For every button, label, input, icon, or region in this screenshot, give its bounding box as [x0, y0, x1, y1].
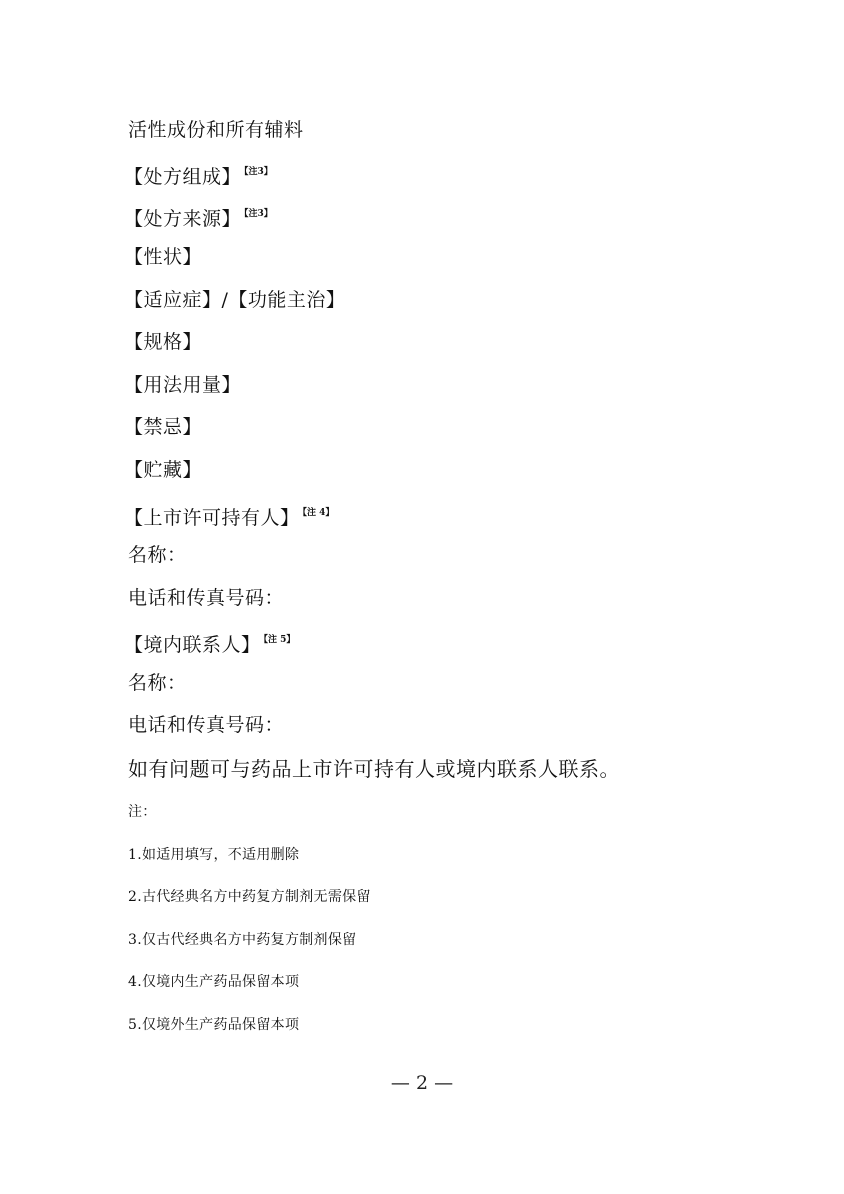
holder-name-field: 名称：	[128, 543, 187, 567]
line-text: 活性成份和所有辅料	[128, 119, 304, 141]
line-text: 电话和传真号码：	[128, 587, 284, 609]
line-text: 【贮藏】	[124, 459, 202, 481]
line-text: 【上市许可持有人】	[124, 507, 300, 529]
section-specification: 【规格】	[124, 330, 202, 354]
section-contraindications: 【禁忌】	[124, 415, 202, 439]
contact-phone-fax-field: 电话和传真号码：	[128, 713, 284, 737]
note-item-5: 5.仅境外生产药品保留本项	[128, 1016, 299, 1034]
note-item-1: 1.如适用填写，不适用删除	[128, 846, 299, 864]
section-marketing-authorization-holder: 【上市许可持有人】【注 4】	[124, 501, 334, 530]
section-domestic-contact: 【境内联系人】【注 5】	[124, 628, 295, 657]
line-text: 【用法用量】	[124, 374, 241, 396]
footnote-ref: 【注3】	[244, 167, 273, 177]
holder-phone-fax-field: 电话和传真号码：	[128, 586, 284, 610]
section-prescription-source: 【处方来源】【注3】	[124, 202, 273, 231]
section-storage: 【贮藏】	[124, 458, 202, 482]
line-text: 【禁忌】	[124, 416, 202, 438]
section-usage-dosage: 【用法用量】	[124, 373, 241, 397]
line-text: 【处方来源】	[124, 208, 241, 230]
note-item-4: 4.仅境内生产药品保留本项	[128, 973, 299, 991]
note-item-2: 2.古代经典名方中药复方制剂无需保留	[128, 888, 371, 906]
contact-instruction: 如有问题可与药品上市许可持有人或境内联系人联系。	[128, 757, 620, 781]
line-text: 【适应症】/【功能主治】	[124, 289, 345, 311]
line-text: 电话和传真号码：	[128, 714, 284, 736]
section-prescription-composition: 【处方组成】【注3】	[124, 160, 273, 189]
note-item-3: 3.仅古代经典名方中药复方制剂保留	[128, 931, 356, 949]
footnote-ref: 【注 4】	[303, 508, 335, 518]
document-page: 活性成份和所有辅料 【处方组成】【注3】 【处方来源】【注3】 【性状】 【适应…	[0, 0, 844, 1194]
line-text: 【性状】	[124, 246, 202, 268]
line-text: 【规格】	[124, 331, 202, 353]
line-text: 【处方组成】	[124, 166, 241, 188]
active-ingredients-line: 活性成份和所有辅料	[128, 118, 304, 142]
line-text: 名称：	[128, 544, 187, 566]
footnote-ref: 【注3】	[244, 209, 273, 219]
page-number: — 2 —	[0, 1071, 844, 1095]
contact-name-field: 名称：	[128, 671, 187, 695]
line-text: 如有问题可与药品上市许可持有人或境内联系人联系。	[128, 757, 620, 781]
line-text: 【境内联系人】	[124, 634, 261, 656]
section-indications: 【适应症】/【功能主治】	[124, 288, 345, 312]
line-text: 名称：	[128, 672, 187, 694]
footnote-ref: 【注 5】	[264, 635, 296, 645]
section-properties: 【性状】	[124, 245, 202, 269]
notes-heading: 注：	[128, 803, 157, 821]
